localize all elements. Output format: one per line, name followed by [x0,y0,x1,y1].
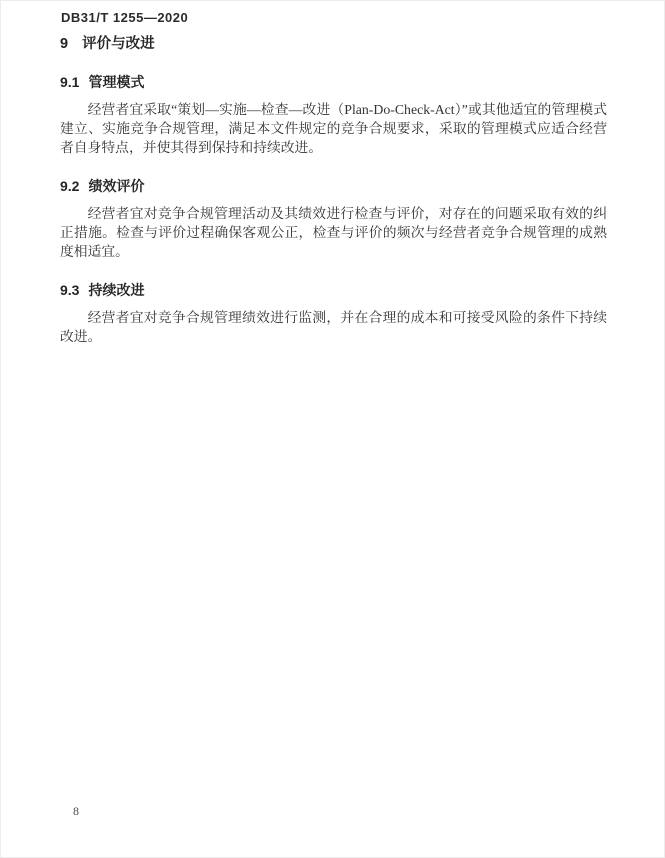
section-title: 持续改进 [88,282,144,298]
section-heading-9-2: 9.2绩效评价 [60,178,607,195]
section-number: 9.1 [60,74,79,91]
chapter-heading: 9评价与改进 [60,36,607,53]
document-code-header: DB31/T 1255—2020 [61,10,188,25]
chapter-number: 9 [60,36,68,53]
section-body-9-3: 经营者宜对竞争合规管理绩效进行监测，并在合理的成本和可接受风险的条件下持续改进。 [60,308,607,346]
document-page: DB31/T 1255—2020 9评价与改进 9.1管理模式 经营者宜采取“策… [0,0,665,858]
chapter-title: 评价与改进 [82,36,155,52]
section-heading-9-1: 9.1管理模式 [60,74,607,91]
page-content: 9评价与改进 9.1管理模式 经营者宜采取“策划—实施—检查—改进（Plan-D… [60,36,607,346]
section-body-9-1: 经营者宜采取“策划—实施—检查—改进（Plan-Do-Check-Act）”或其… [60,100,607,157]
section-title: 绩效评价 [88,178,144,194]
section-number: 9.2 [60,178,79,195]
section-body-9-2: 经营者宜对竞争合规管理活动及其绩效进行检查与评价，对存在的问题采取有效的纠正措施… [60,204,607,261]
section-number: 9.3 [60,282,79,299]
section-title: 管理模式 [88,74,144,90]
section-heading-9-3: 9.3持续改进 [60,282,607,299]
page-number: 8 [73,804,79,819]
